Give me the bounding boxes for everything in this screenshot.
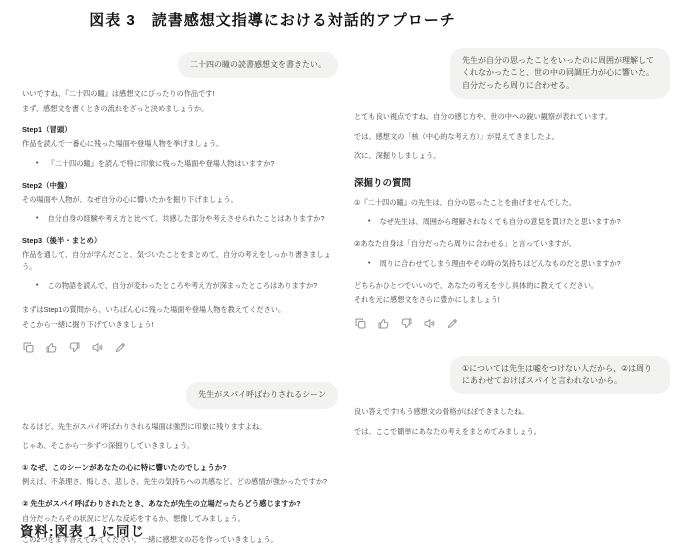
assistant-text: そこから一緒に掘り下げていきましょう! [22, 319, 338, 331]
user-message: 先生がスパイ呼ばわりされるシーン [22, 382, 338, 408]
user-message: 先生が自分の思ったことをいったのに周囲が理解してくれなかったこと、世の中の同調圧… [354, 48, 670, 99]
bullet-text: なぜ先生は、周囲から理解されなくても自分の意見を貫けたと思いますか? [379, 216, 620, 228]
assistant-text: 良い答えです!もう感想文の骨格がほぼできましたね。 [354, 406, 670, 418]
bullet-text: この物語を読んで、自分が変わったところや考え方が深まったところはありますか? [47, 280, 317, 292]
bullet-item: • この物語を読んで、自分が変わったところや考え方が深まったところはありますか? [22, 280, 338, 292]
chat-column-left: 二十四の瞳の読書感想文を書きたい。 いいですね、『二十四の瞳』は感想文にぴったり… [22, 30, 338, 546]
assistant-message: 良い答えです!もう感想文の骨格がほぼできましたね。 では、ここで簡単にあなたの考… [354, 406, 670, 437]
edit-icon [114, 341, 127, 354]
question-text: ①『二十四の瞳』の先生は、自分の思ったことを曲げませんでした。 [354, 197, 670, 209]
assistant-text: なるほど、先生がスパイ呼ばわりされる場面は強烈に印象に残りますよね。 [22, 421, 338, 433]
source-note: 資料:図表 1 に同じ [20, 520, 145, 540]
step-heading: Step2（中盤） [22, 180, 338, 191]
step-body: 作品を通して、自分が学んだこと、気づいたことをまとめて、自分の考えをしっかり書き… [22, 249, 338, 272]
user-bubble: 先生がスパイ呼ばわりされるシーン [186, 382, 338, 408]
question-heading: ① なぜ、このシーンがあなたの心に特に響いたのでしょうか? [22, 462, 338, 474]
user-bubble: 先生が自分の思ったことをいったのに周囲が理解してくれなかったこと、世の中の同調圧… [450, 48, 670, 99]
assistant-text: まずはStep1の質問から、いちばん心に残った場面や登場人物を教えてください。 [22, 304, 338, 316]
bullet-dot: • [36, 158, 38, 170]
bullet-text: 周りに合わせてしまう理由やその時の気持ちはどんなものだと思いますか? [379, 258, 620, 270]
assistant-text: では、ここで簡単にあなたの考えをまとめてみましょう。 [354, 426, 670, 438]
message-actions [354, 317, 670, 330]
section-heading: 深掘りの質問 [354, 175, 670, 189]
question-body: 例えば、不条理さ、悔しさ、悲しさ、先生の気持ちへの共感など、どの感情が強かったで… [22, 476, 338, 488]
figure-title: 図表 3 読書感想文指導における対話的アプローチ [0, 9, 545, 30]
bullet-item: • 自分自身の経験や考え方と比べて、共感した部分や考えさせられたことはありますか… [22, 213, 338, 225]
thumbs-up-icon [45, 341, 58, 354]
thumbs-down-icon [68, 341, 81, 354]
edit-icon [446, 317, 459, 330]
user-message: ①については先生は嘘をつけない人だから、②は周りにあわせておけばスパイと言われな… [354, 356, 670, 395]
step-heading: Step1（冒頭） [22, 124, 338, 135]
bullet-dot: • [368, 258, 370, 270]
question-heading: ② 先生がスパイ呼ばわりされたとき、あなたが先生の立場だったらどう感じますか? [22, 498, 338, 510]
figure-page: 図表 3 読書感想文指導における対話的アプローチ 二十四の瞳の読書感想文を書きた… [0, 9, 680, 546]
assistant-message: いいですね、『二十四の瞳』は感想文にぴったりの作品です! まず、感想文を書くとき… [22, 88, 338, 354]
assistant-text: 次に、深掘りしましょう。 [354, 150, 670, 162]
read-aloud-icon [423, 317, 436, 330]
chat-columns: 二十四の瞳の読書感想文を書きたい。 いいですね、『二十四の瞳』は感想文にぴったり… [0, 30, 680, 546]
bullet-dot: • [368, 216, 370, 228]
read-aloud-icon [91, 341, 104, 354]
bullet-item: • なぜ先生は、周囲から理解されなくても自分の意見を貫けたと思いますか? [354, 216, 670, 228]
bullet-item: • 『二十四の瞳』を読んで特に印象に残った場面や登場人物はいますか? [22, 158, 338, 170]
user-message: 二十四の瞳の読書感想文を書きたい。 [22, 52, 338, 78]
copy-icon [22, 341, 35, 354]
chat-column-right: 先生が自分の思ったことをいったのに周囲が理解してくれなかったこと、世の中の同調圧… [354, 30, 670, 546]
step-body: その場面や人物が、なぜ自分の心に響いたかを掘り下げましょう。 [22, 194, 338, 206]
bullet-dot: • [36, 280, 38, 292]
step-body: 作品を読んで一番心に残った場面や登場人物を挙げましょう。 [22, 138, 338, 150]
copy-icon [354, 317, 367, 330]
user-bubble: ①については先生は嘘をつけない人だから、②は周りにあわせておけばスパイと言われな… [450, 356, 670, 395]
assistant-text: とても良い視点ですね。自分の感じ方や、世の中への鋭い観察が表れています。 [354, 111, 670, 123]
thumbs-up-icon [377, 317, 390, 330]
bullet-dot: • [36, 213, 38, 225]
message-actions [22, 341, 338, 354]
assistant-text: では、感想文の「核（中心的な考え方）」が見えてきましたよ。 [354, 131, 670, 143]
assistant-text: まず、感想文を書くときの流れをざっと決めましょうか。 [22, 103, 338, 115]
assistant-text: じゃあ、そこから一歩ずつ深掘りしていきましょう。 [22, 440, 338, 452]
assistant-text: それを元に感想文をさらに豊かにしましょう! [354, 294, 670, 306]
assistant-message: とても良い視点ですね。自分の感じ方や、世の中への鋭い観察が表れています。 では、… [354, 111, 670, 329]
question-text: ②あなた自身は「自分だったら周りに合わせる」と言っていますが、 [354, 238, 670, 250]
assistant-text: どちらかひとつでいいので、あなたの考えを少し具体的に教えてください。 [354, 280, 670, 292]
bullet-text: 自分自身の経験や考え方と比べて、共感した部分や考えさせられたことはありますか? [47, 213, 324, 225]
bullet-item: • 周りに合わせてしまう理由やその時の気持ちはどんなものだと思いますか? [354, 258, 670, 270]
user-bubble: 二十四の瞳の読書感想文を書きたい。 [178, 52, 338, 78]
assistant-text: いいですね、『二十四の瞳』は感想文にぴったりの作品です! [22, 88, 338, 100]
bullet-text: 『二十四の瞳』を読んで特に印象に残った場面や登場人物はいますか? [47, 158, 274, 170]
thumbs-down-icon [400, 317, 413, 330]
step-heading: Step3（後半・まとめ） [22, 235, 338, 246]
